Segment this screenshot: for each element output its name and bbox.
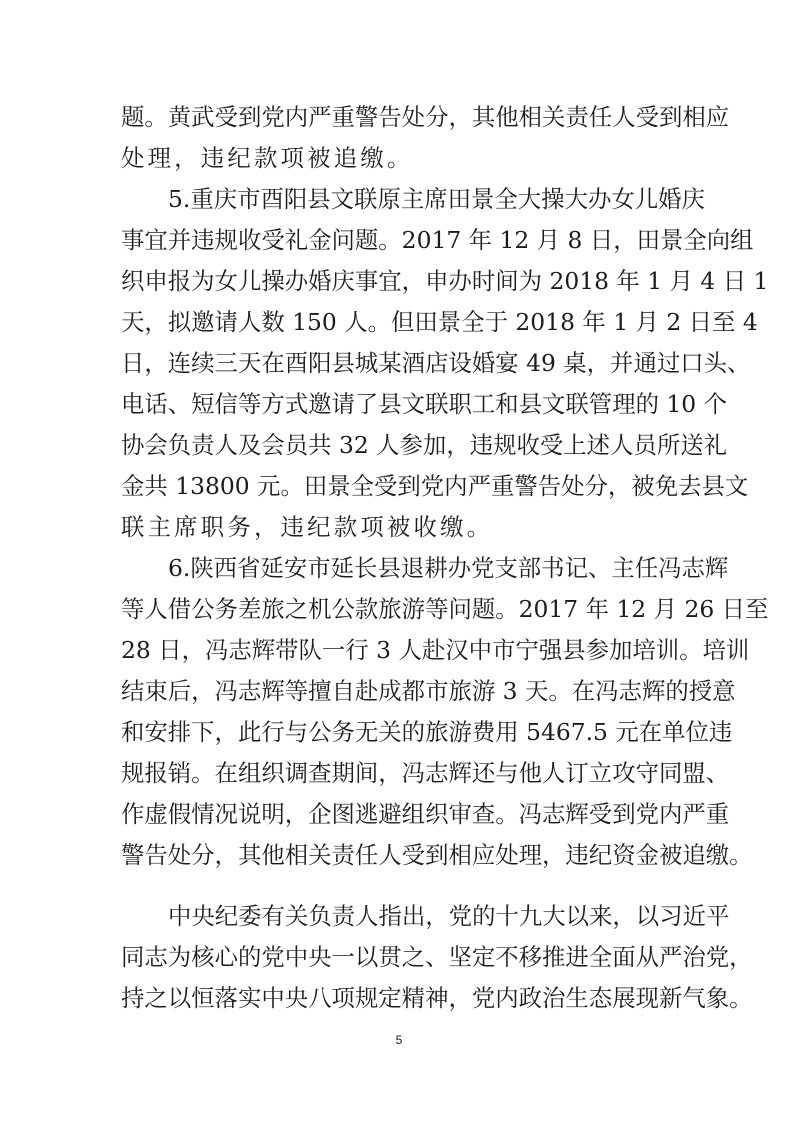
paragraph-5-heading-line: 5.重庆市酉阳县文联原主席田景全大操大办女儿婚庆 xyxy=(168,179,681,220)
text-line: 同志为核心的党中央一以贯之、坚定不移推进全面从严治党， xyxy=(121,937,681,978)
page-number: 5 xyxy=(389,1033,409,1047)
document-page: 题。黄武受到党内严重警告处分，其他相关责任人受到相应 处理，违纪款项被追缴。 5… xyxy=(0,0,799,1131)
text-line: 和安排下，此行与公务无关的旅游费用 5467.5 元在单位违 xyxy=(121,712,681,753)
text-line: 电话、短信等方式邀请了县文联职工和县文联管理的 10 个 xyxy=(121,384,681,425)
text-line: 题。黄武受到党内严重警告处分，其他相关责任人受到相应 xyxy=(121,97,681,138)
text-line: 事宜并违规收受礼金问题。2017 年 12 月 8 日，田景全向组 xyxy=(121,220,681,261)
text-line: 等人借公务差旅之机公款旅游等问题。2017 年 12 月 26 日至 xyxy=(121,589,681,630)
text-line: 天，拟邀请人数 150 人。但田景全于 2018 年 1 月 2 日至 4 xyxy=(121,302,681,343)
text-line: 警告处分，其他相关责任人受到相应处理，违纪资金被追缴。 xyxy=(121,835,681,876)
text-line: 结束后，冯志辉等擅自赴成都市旅游 3 天。在冯志辉的授意 xyxy=(121,671,681,712)
text-line: 作虚假情况说明，企图逃避组织审查。冯志辉受到党内严重 xyxy=(121,794,681,835)
text-line: 规报销。在组织调查期间，冯志辉还与他人订立攻守同盟、 xyxy=(121,753,681,794)
text-line: 金共 13800 元。田景全受到党内严重警告处分，被免去县文 xyxy=(121,466,681,507)
text-line: 处理，违纪款项被追缴。 xyxy=(121,138,681,179)
text-line: 织申报为女儿操办婚庆事宜，申办时间为 2018 年 1 月 4 日 1 xyxy=(121,261,681,302)
paragraph-6-heading-line: 6.陕西省延安市延长县退耕办党支部书记、主任冯志辉 xyxy=(168,548,681,589)
text-line: 联主席职务，违纪款项被收缴。 xyxy=(121,507,681,548)
text-line: 协会负责人及会员共 32 人参加，违规收受上述人员所送礼 xyxy=(121,425,681,466)
text-line: 持之以恒落实中央八项规定精神，党内政治生态展现新气象。 xyxy=(121,978,681,1019)
text-line: 28 日，冯志辉带队一行 3 人赴汉中市宁强县参加培训。培训 xyxy=(121,630,681,671)
conclusion-paragraph-line: 中央纪委有关负责人指出，党的十九大以来，以习近平 xyxy=(168,896,681,937)
text-line: 日，连续三天在酉阳县城某酒店设婚宴 49 桌，并通过口头、 xyxy=(121,343,681,384)
